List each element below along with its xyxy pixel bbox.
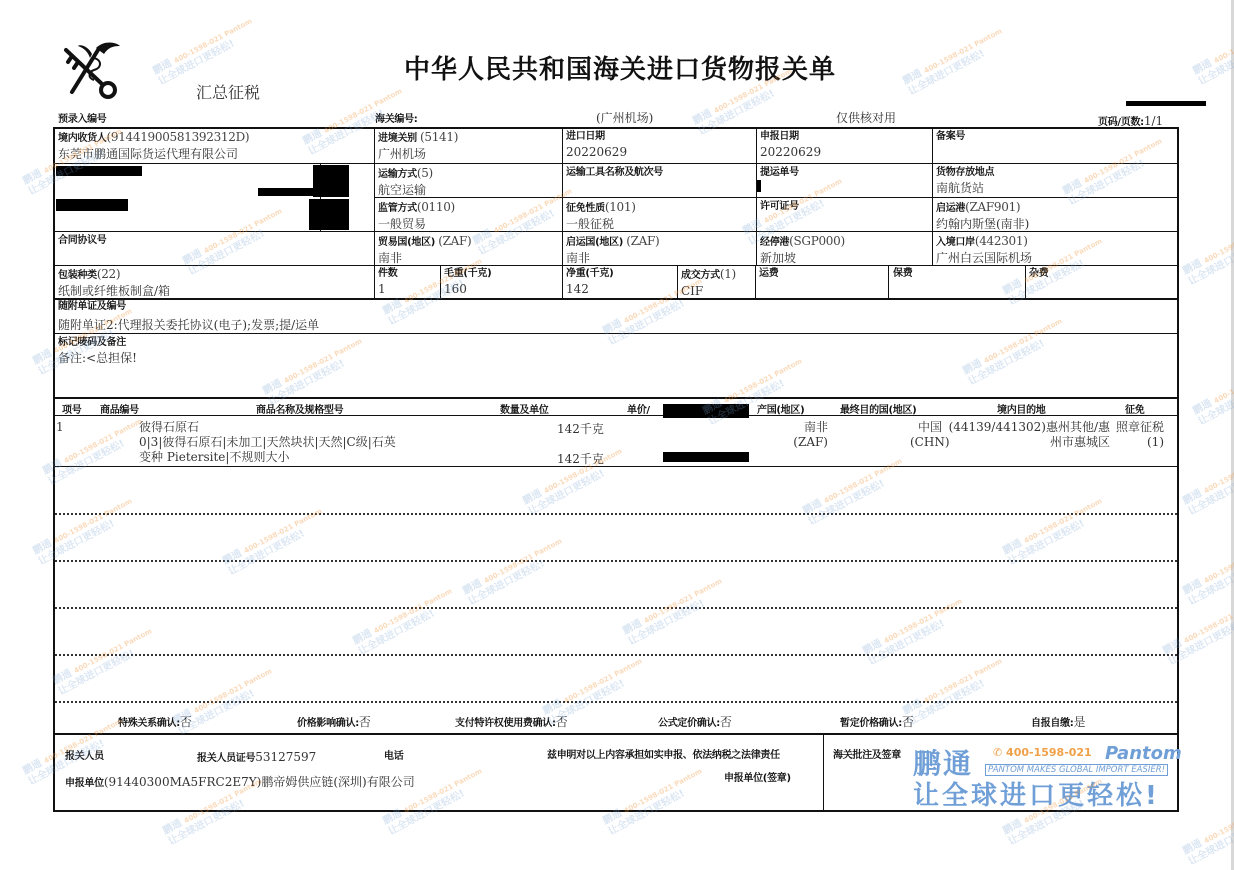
- col-origin: 产国(地区): [757, 401, 804, 416]
- misc-fee-field: 杂费: [1029, 267, 1048, 281]
- redacted-block: [757, 180, 761, 192]
- transit-port-field: 经停港(SGP000) 新加坡: [760, 234, 845, 266]
- declarant-label: 报关人员: [65, 747, 104, 762]
- net-weight-field: 净重(千克) 142: [566, 267, 613, 297]
- import-date-field: 进口日期 20220629: [566, 130, 627, 160]
- col-item-no: 项号: [62, 401, 81, 416]
- levy-nature-field: 征免性质(101) 一般征税: [566, 200, 636, 232]
- brand-logo: 鹏通 ✆ 400-1598-021 Pantom PANTOM MAKES GL…: [913, 742, 1175, 808]
- transport-mode-field: 运输方式(5) 航空运输: [378, 166, 433, 198]
- col-levy: 征免: [1125, 401, 1144, 416]
- redacted-block: [309, 199, 349, 230]
- insurance-field: 保费: [893, 267, 912, 281]
- contract-no-field: 合同协议号: [58, 234, 107, 248]
- special-relationship-confirm: 特殊关系确认:否: [118, 711, 192, 730]
- redacted-block: [313, 165, 349, 197]
- royalty-confirm: 支付特许权使用费确认:否: [455, 711, 568, 730]
- watermark: 鹏通 400-1598-021 Pantom让全球进口更轻松!: [1181, 445, 1234, 517]
- redacted-bar: [1126, 101, 1206, 106]
- watermark: 鹏通 400-1598-021 Pantom让全球进口更轻松!: [1181, 795, 1234, 867]
- freight-field: 运费: [759, 267, 778, 281]
- departure-port-field: 启运港(ZAF901) 约翰内斯堡(南非): [936, 200, 1029, 232]
- watermark: 鹏通 400-1598-021 Pantom让全球进口更轻松!: [1181, 535, 1234, 607]
- consignee-field: 境内收货人(91441900581392312D) 东莞市鹏通国际货运代理有限公…: [58, 130, 249, 162]
- phone-label: 电话: [384, 747, 403, 762]
- declaring-unit: 申报单位(91440300MA5FRC2E7Y)鹏帝姆供应链(深圳)有限公司: [65, 771, 415, 790]
- price-influence-confirm: 价格影响确认:否: [297, 711, 371, 730]
- col-dest-country: 最终目的国(地区): [840, 401, 916, 416]
- entry-customs-field: 进境关别 (5141) 广州机场: [378, 130, 458, 162]
- package-type-field: 包装种类(22) 纸制或纤维板制盒/箱: [58, 267, 170, 299]
- entry-port-field: 入境口岸(442301) 广州白云国际机场: [936, 234, 1032, 266]
- redacted-block: [663, 404, 749, 418]
- customs-no-label: 海关编号:: [375, 110, 418, 125]
- record-no-field: 备案号: [936, 130, 965, 144]
- col-unit-price: 单价/: [627, 401, 650, 416]
- vessel-voyage-field: 运输工具名称及航次号: [566, 166, 663, 180]
- attached-docs-field: 随附单证及编号 随附单证2:代理报关委托协议(电子);发票;提/运单: [58, 300, 319, 333]
- self-declare-pay: 自报自缴:是: [1031, 711, 1086, 730]
- supervision-mode-field: 监管方式(0110) 一般贸易: [378, 200, 455, 232]
- pre-entry-no-label: 预录入编号: [58, 110, 107, 125]
- legal-statement: 兹申明对以上内容承担如实申报、依法纳税之法律责任: [547, 746, 780, 761]
- phone-icon: ✆ 400-1598-021: [993, 746, 1092, 759]
- pieces-field: 件数 1: [378, 267, 397, 297]
- marks-remarks-field: 标记唛码及备注 备注:<总担保!: [58, 336, 137, 366]
- bill-no-field: 提运单号: [760, 166, 799, 180]
- watermark: 鹏通 400-1598-021 Pantom让全球进口更轻松!: [1191, 15, 1234, 87]
- gross-weight-field: 毛重(千克) 160: [444, 267, 491, 297]
- provisional-price-confirm: 暂定价格确认:否: [840, 711, 914, 730]
- watermark: 鹏通 400-1598-021 Pantom让全球进口更轻松!: [1191, 355, 1234, 427]
- declaring-unit-seal: 申报单位(签章): [724, 769, 791, 784]
- license-no-field: 许可证号: [760, 200, 799, 214]
- for-verification-note: 仅供核对用: [836, 109, 896, 126]
- customs-approval-label: 海关批注及签章: [833, 746, 901, 761]
- customs-location: (广州机场): [596, 109, 653, 126]
- watermark: 鹏通 400-1598-021 Pantom让全球进口更轻松!: [1181, 215, 1234, 287]
- page-value: 1/1: [1144, 114, 1163, 128]
- col-hs-code: 商品编号: [100, 401, 139, 416]
- redacted-block: [56, 166, 142, 176]
- trade-country-field: 贸易国(地区) (ZAF) 南非: [378, 234, 471, 266]
- declarant-cert: 报关人员证号53127597: [197, 746, 316, 765]
- redacted-block: [663, 452, 749, 462]
- transaction-mode-field: 成交方式(1) CIF: [681, 267, 736, 299]
- redacted-block: [258, 188, 320, 196]
- redacted-block: [56, 199, 128, 211]
- page-title: 中华人民共和国海关进口货物报关单: [404, 49, 836, 86]
- watermark: 鹏通 400-1598-021 Pantom让全球进口更轻松!: [151, 15, 259, 87]
- col-name-spec: 商品名称及规格型号: [256, 401, 343, 416]
- watermark: 鹏通 400-1598-021 Pantom让全球进口更轻松!: [901, 25, 1009, 97]
- formula-pricing-confirm: 公式定价确认:否: [658, 711, 732, 730]
- col-quantity: 数量及单位: [500, 401, 549, 416]
- page-subtitle: 汇总征税: [196, 80, 260, 103]
- origin-country-field: 启运国(地区) (ZAF) 南非: [566, 234, 659, 266]
- col-domestic-dest: 境内目的地: [997, 401, 1046, 416]
- declare-date-field: 申报日期 20220629: [760, 130, 821, 160]
- storage-place-field: 货物存放地点 南航货站: [936, 166, 994, 196]
- customs-emblem-icon: [58, 40, 124, 102]
